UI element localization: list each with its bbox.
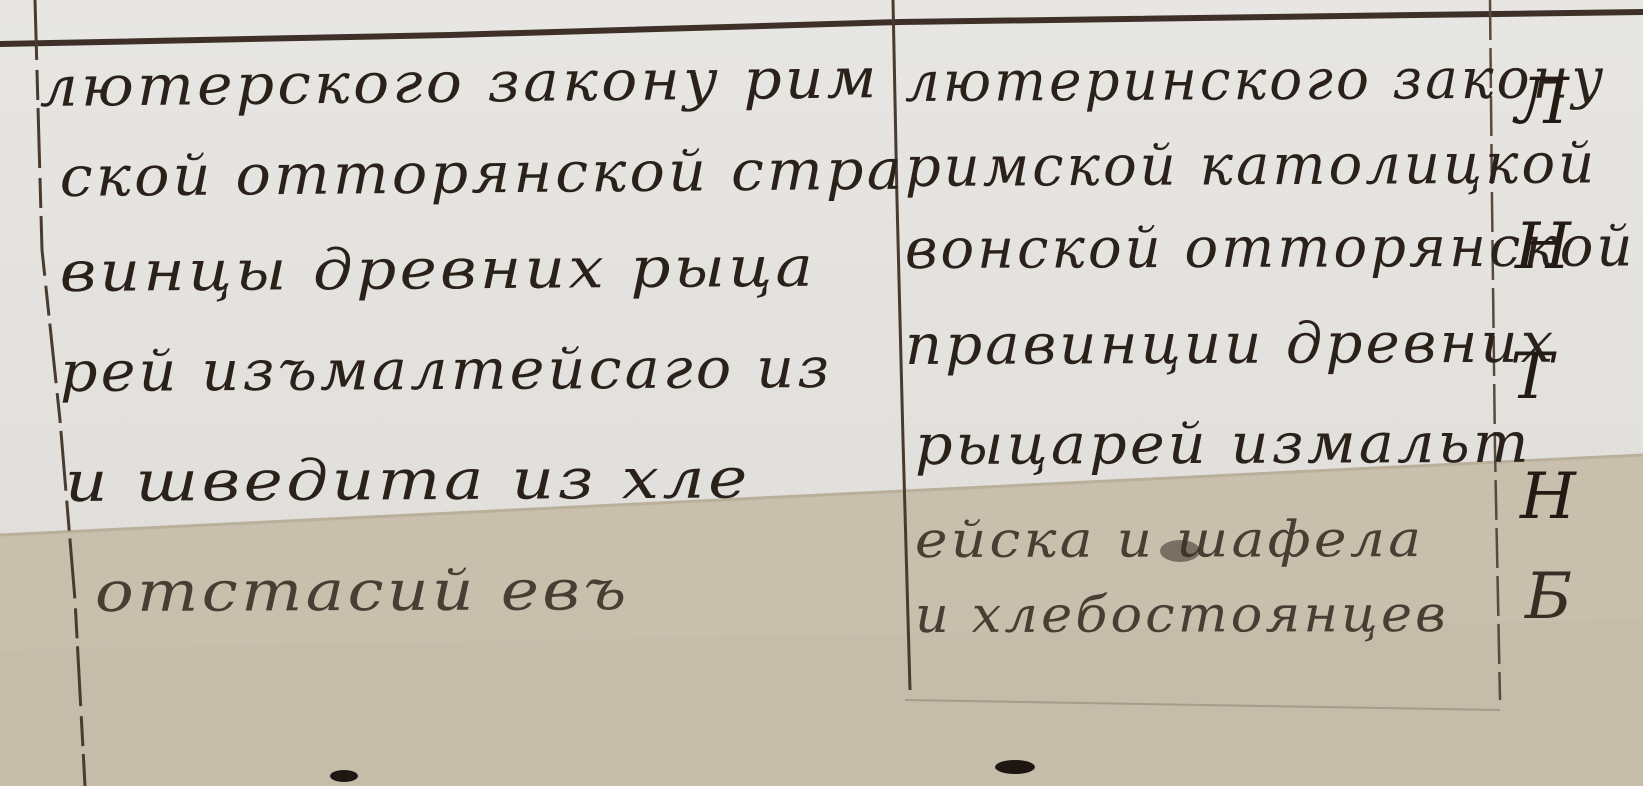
right-column-line-2: римской католицкой [905, 136, 1598, 196]
far-right-glyph-2: Н [1515, 215, 1571, 279]
right-column-line-4: правинции древних [905, 316, 1557, 374]
left-column-line-5: и шведита из хле [65, 451, 751, 511]
horizontal-rule [0, 12, 1643, 44]
left-column-line-4: рей изъмалтейсаго из [60, 341, 833, 401]
left-column-line-1: лютерского закону рим [39, 51, 879, 116]
ink-speck [330, 770, 358, 782]
ink-blot [1160, 540, 1200, 562]
right-column-line-1: лютеринского закону [905, 51, 1607, 111]
right-column-line-7: и хлебостоянцев [915, 589, 1449, 640]
left-column-line-2: ской отторянской стра [60, 143, 906, 206]
far-right-glyph-5: Б [1525, 565, 1572, 629]
manuscript-page: лютерского закону рим ской отторянской с… [0, 0, 1643, 786]
far-right-glyph-4: Н [1520, 465, 1576, 529]
ink-speck [995, 760, 1035, 774]
far-right-glyph-3: Т [1510, 345, 1553, 409]
right-column-line-5: рыцарей измальт [915, 416, 1532, 474]
left-column-line-3: винцы древних рыца [60, 240, 817, 301]
left-column-line-6: отстасий евъ [95, 563, 630, 621]
far-right-glyph-1: Л [1515, 70, 1568, 134]
